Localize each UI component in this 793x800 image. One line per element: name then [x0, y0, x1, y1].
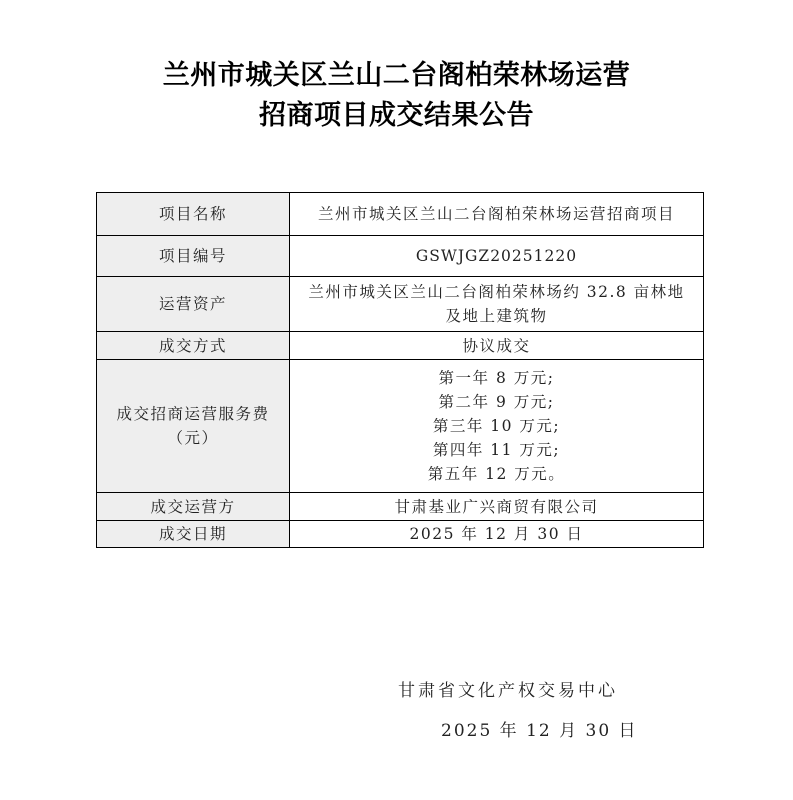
issuing-organization: 甘肃省文化产权交易中心 [398, 676, 618, 701]
label-transaction-method: 成交方式 [97, 332, 290, 360]
value-operator: 甘肃基业广兴商贸有限公司 [290, 493, 704, 521]
issue-date: 2025 年 12 月 30 日 [441, 716, 638, 741]
value-transaction-date: 2025 年 12 月 30 日 [290, 521, 704, 548]
assets-line-1: 兰州市城关区兰山二台阁柏荣林场约 32.8 亩林地 [294, 280, 699, 304]
label-project-name: 项目名称 [97, 193, 290, 236]
fee-year-2: 第二年 9 万元; [294, 390, 699, 414]
document-title: 兰州市城关区兰山二台阁柏荣林场运营 招商项目成交结果公告 [0, 56, 793, 136]
label-service-fee: 成交招商运营服务费 （元） [97, 360, 290, 493]
value-operating-assets: 兰州市城关区兰山二台阁柏荣林场约 32.8 亩林地 及地上建筑物 [290, 277, 704, 332]
service-fee-label-line-2: （元） [101, 426, 285, 450]
table-row-transaction-method: 成交方式 协议成交 [97, 332, 704, 360]
table-row-transaction-date: 成交日期 2025 年 12 月 30 日 [97, 521, 704, 548]
value-project-name: 兰州市城关区兰山二台阁柏荣林场运营招商项目 [290, 193, 704, 236]
table-row-project-name: 项目名称 兰州市城关区兰山二台阁柏荣林场运营招商项目 [97, 193, 704, 236]
table-row-operating-assets: 运营资产 兰州市城关区兰山二台阁柏荣林场约 32.8 亩林地 及地上建筑物 [97, 277, 704, 332]
fee-year-5: 第五年 12 万元。 [294, 462, 699, 486]
fee-year-3: 第三年 10 万元; [294, 414, 699, 438]
service-fee-label-line-1: 成交招商运营服务费 [101, 402, 285, 426]
label-transaction-date: 成交日期 [97, 521, 290, 548]
table-row-project-number: 项目编号 GSWJGZ20251220 [97, 236, 704, 277]
label-operator: 成交运营方 [97, 493, 290, 521]
table-row-operator: 成交运营方 甘肃基业广兴商贸有限公司 [97, 493, 704, 521]
table-row-service-fee: 成交招商运营服务费 （元） 第一年 8 万元; 第二年 9 万元; 第三年 10… [97, 360, 704, 493]
label-project-number: 项目编号 [97, 236, 290, 277]
assets-line-2: 及地上建筑物 [294, 304, 699, 328]
label-operating-assets: 运营资产 [97, 277, 290, 332]
title-line-1: 兰州市城关区兰山二台阁柏荣林场运营 [0, 56, 793, 96]
result-table: 项目名称 兰州市城关区兰山二台阁柏荣林场运营招商项目 项目编号 GSWJGZ20… [96, 192, 704, 548]
value-project-number: GSWJGZ20251220 [290, 236, 704, 277]
fee-year-4: 第四年 11 万元; [294, 438, 699, 462]
fee-year-1: 第一年 8 万元; [294, 366, 699, 390]
title-line-2: 招商项目成交结果公告 [0, 96, 793, 136]
value-transaction-method: 协议成交 [290, 332, 704, 360]
value-service-fee: 第一年 8 万元; 第二年 9 万元; 第三年 10 万元; 第四年 11 万元… [290, 360, 704, 493]
